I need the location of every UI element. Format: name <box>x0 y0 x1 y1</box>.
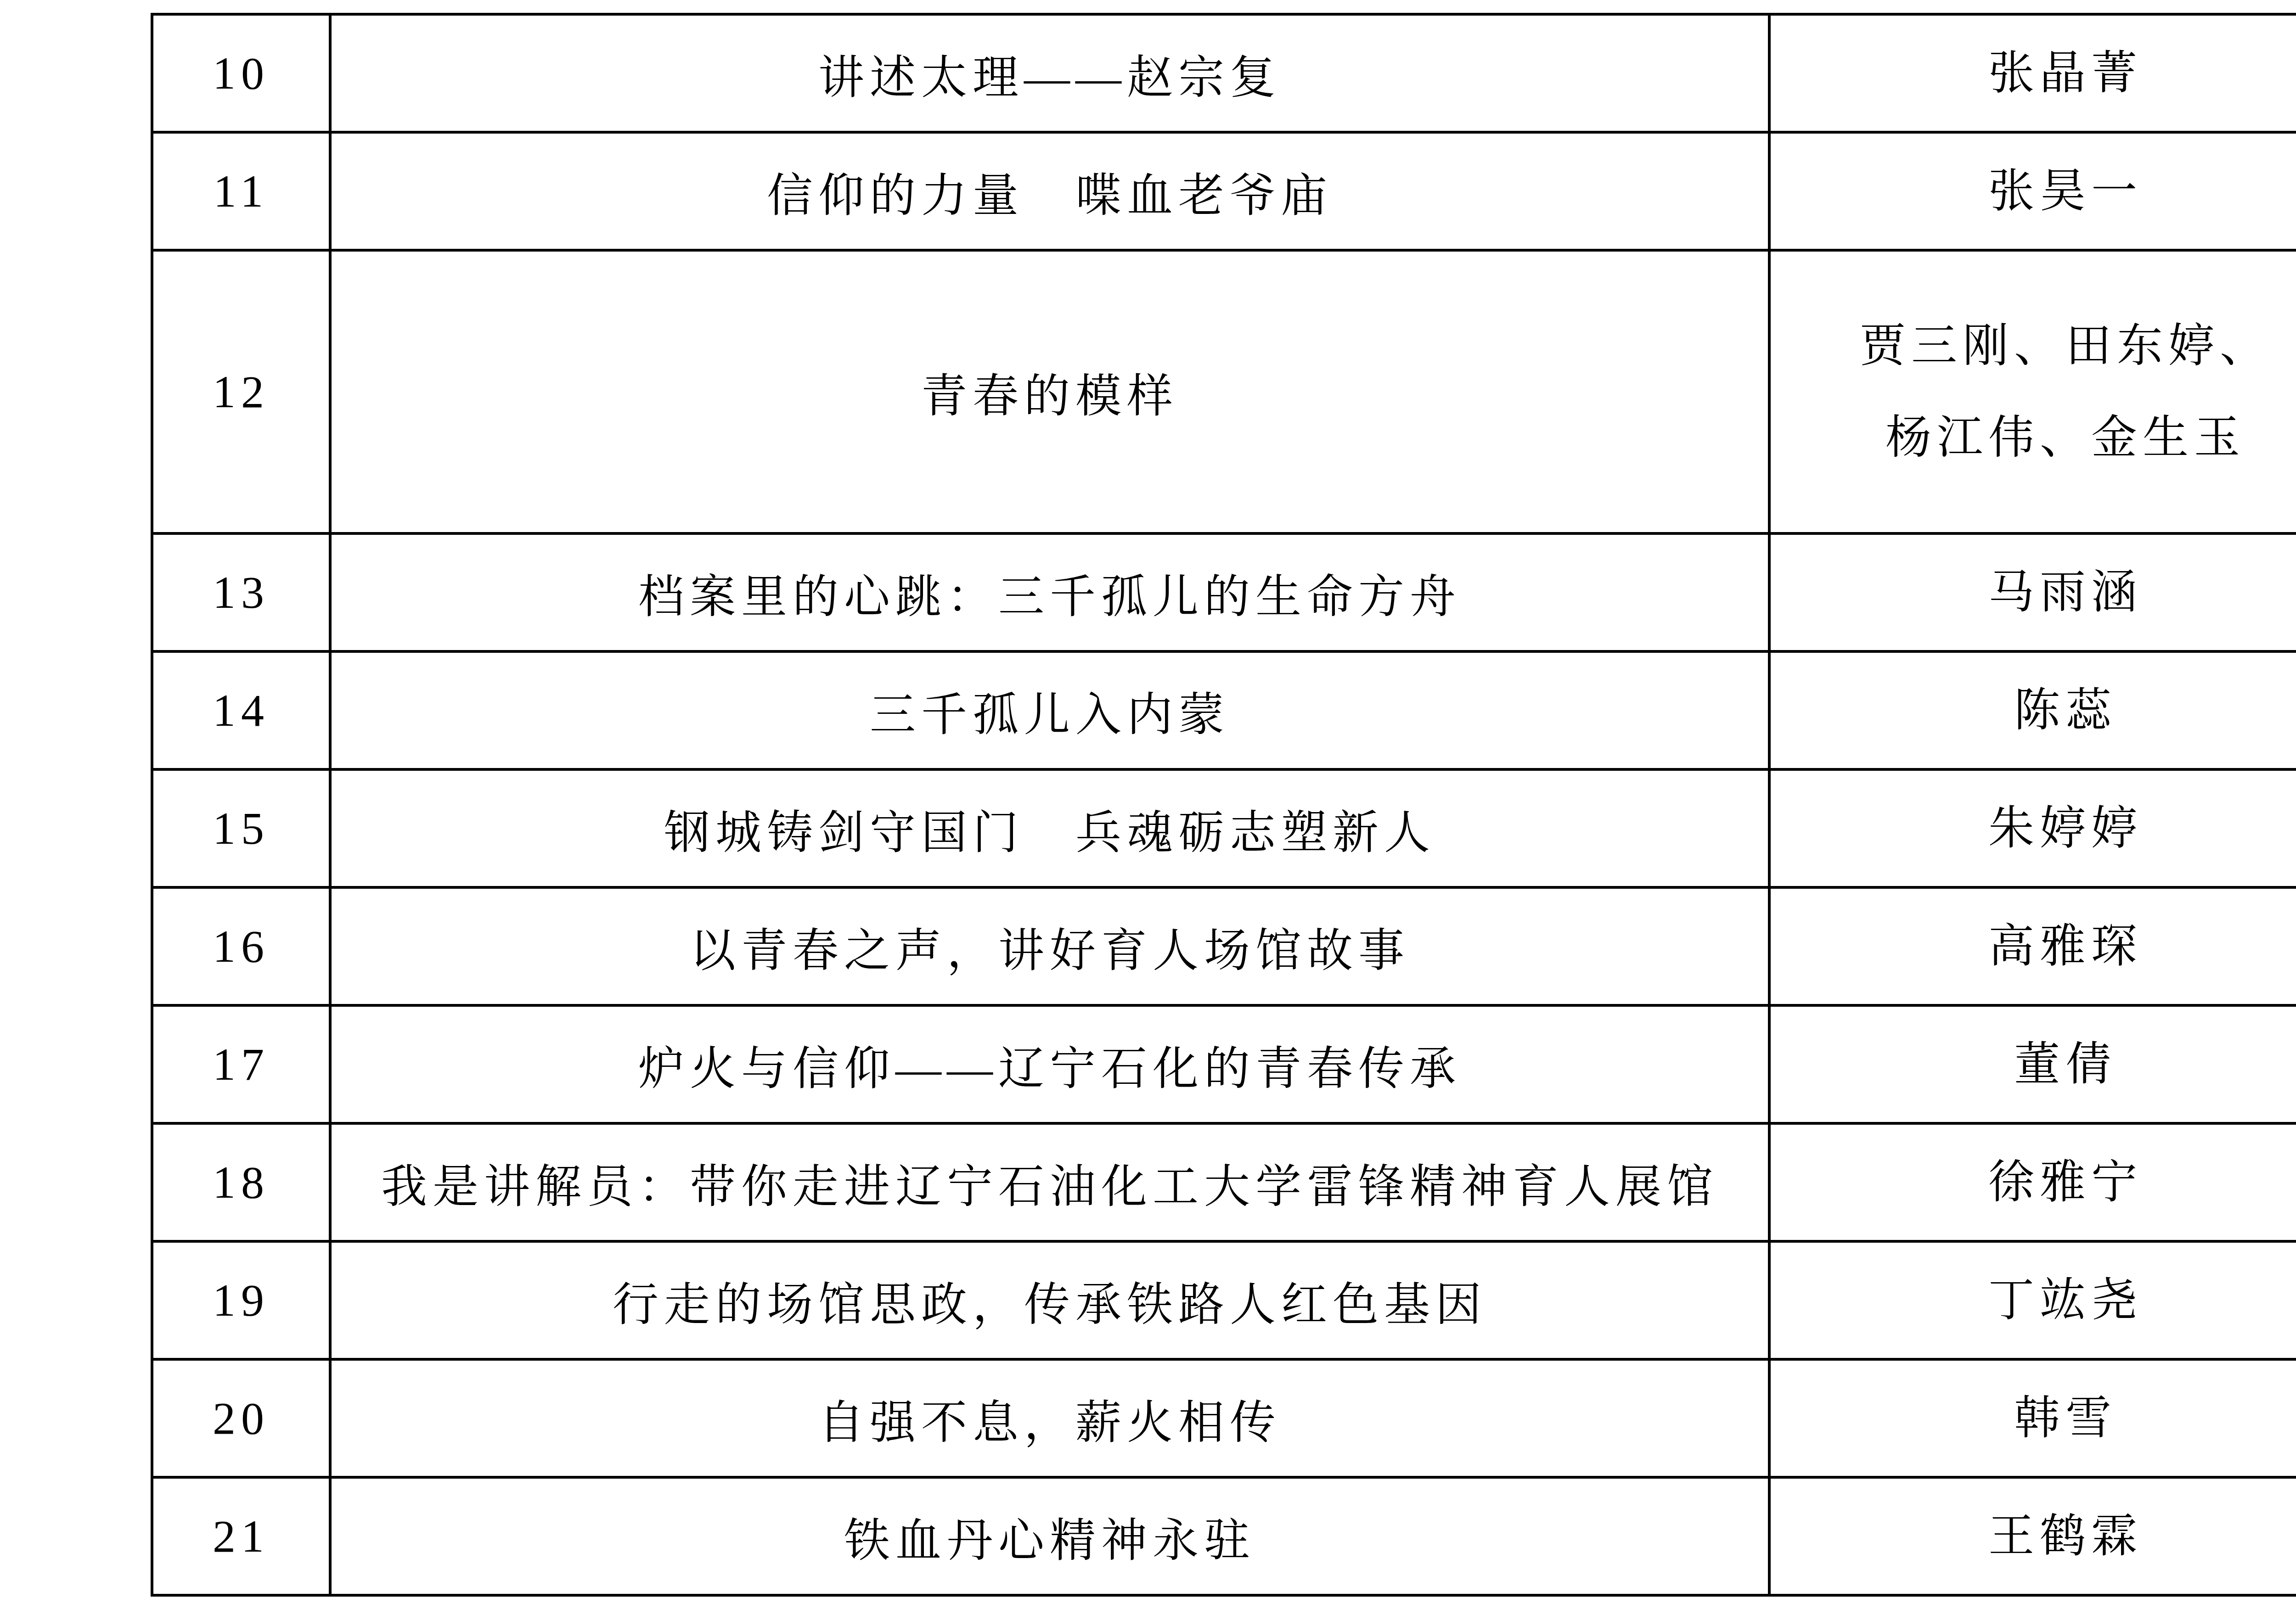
work-title: 信仰的力量 喋血老爷庙 <box>330 132 1769 250</box>
table-row: 20 自强不息，薪火相传 韩雪 渤海大学 <box>152 1359 2296 1477</box>
author-name: 徐雅宁 <box>1769 1123 2296 1241</box>
row-number: 12 <box>152 250 330 533</box>
table-row: 17 炉火与信仰——辽宁石化的青春传承 董倩 辽宁石油化工大学 <box>152 1005 2296 1123</box>
author-name: 朱婷婷 <box>1769 769 2296 887</box>
table-row: 12 青春的模样 贾三刚、田东婷、 杨江伟、金生玉 长治学院 <box>152 250 2296 533</box>
author-name: 贾三刚、田东婷、 杨江伟、金生玉 <box>1769 250 2296 533</box>
work-title: 钢城铸剑守国门 兵魂砺志塑新人 <box>330 769 1769 887</box>
author-name: 马雨涵 <box>1769 533 2296 651</box>
row-number: 18 <box>152 1123 330 1241</box>
row-number: 17 <box>152 1005 330 1123</box>
author-name: 张昊一 <box>1769 132 2296 250</box>
work-title: 以青春之声，讲好育人场馆故事 <box>330 887 1769 1005</box>
table-row: 19 行走的场馆思政，传承铁路人红色基因 丁竑尧 大连交通大学 <box>152 1241 2296 1359</box>
table-row: 13 档案里的心跳：三千孤儿的生命方舟 马雨涵 内蒙古艺术学院 <box>152 533 2296 651</box>
awards-table: 10 讲述太理——赵宗复 张晶菁 太原理工大学 11 信仰的力量 喋血老爷庙 张… <box>151 13 2296 1597</box>
table-row: 21 铁血丹心精神永驻 王鹤霖 吉林艺术学院 <box>152 1477 2296 1595</box>
row-number: 10 <box>152 14 330 132</box>
work-title: 炉火与信仰——辽宁石化的青春传承 <box>330 1005 1769 1123</box>
work-title: 我是讲解员：带你走进辽宁石油化工大学雷锋精神育人展馆 <box>330 1123 1769 1241</box>
work-title: 讲述太理——赵宗复 <box>330 14 1769 132</box>
work-title: 青春的模样 <box>330 250 1769 533</box>
author-name: 丁竑尧 <box>1769 1241 2296 1359</box>
document-page: 10 讲述太理——赵宗复 张晶菁 太原理工大学 11 信仰的力量 喋血老爷庙 张… <box>0 0 2296 1598</box>
table-row: 15 钢城铸剑守国门 兵魂砺志塑新人 朱婷婷 包头职业技术学院 <box>152 769 2296 887</box>
table-row: 14 三千孤儿入内蒙 陈蕊 内蒙古艺术学院 <box>152 651 2296 769</box>
row-number: 19 <box>152 1241 330 1359</box>
work-title: 铁血丹心精神永驻 <box>330 1477 1769 1595</box>
row-number: 21 <box>152 1477 330 1595</box>
table-row: 10 讲述太理——赵宗复 张晶菁 太原理工大学 <box>152 14 2296 132</box>
author-name: 韩雪 <box>1769 1359 2296 1477</box>
author-name: 陈蕊 <box>1769 651 2296 769</box>
author-name: 张晶菁 <box>1769 14 2296 132</box>
row-number: 16 <box>152 887 330 1005</box>
row-number: 20 <box>152 1359 330 1477</box>
author-name: 董倩 <box>1769 1005 2296 1123</box>
author-name: 王鹤霖 <box>1769 1477 2296 1595</box>
row-number: 15 <box>152 769 330 887</box>
work-title: 行走的场馆思政，传承铁路人红色基因 <box>330 1241 1769 1359</box>
work-title: 档案里的心跳：三千孤儿的生命方舟 <box>330 533 1769 651</box>
work-title: 三千孤儿入内蒙 <box>330 651 1769 769</box>
table-row: 11 信仰的力量 喋血老爷庙 张昊一 山西大同大学 <box>152 132 2296 250</box>
row-number: 13 <box>152 533 330 651</box>
row-number: 14 <box>152 651 330 769</box>
author-name: 高雅琛 <box>1769 887 2296 1005</box>
awards-table-body: 10 讲述太理——赵宗复 张晶菁 太原理工大学 11 信仰的力量 喋血老爷庙 张… <box>152 14 2296 1595</box>
table-row: 16 以青春之声，讲好育人场馆故事 高雅琛 沈阳工业大学 <box>152 887 2296 1005</box>
row-number: 11 <box>152 132 330 250</box>
work-title: 自强不息，薪火相传 <box>330 1359 1769 1477</box>
table-row: 18 我是讲解员：带你走进辽宁石油化工大学雷锋精神育人展馆 徐雅宁 辽宁石油化工… <box>152 1123 2296 1241</box>
